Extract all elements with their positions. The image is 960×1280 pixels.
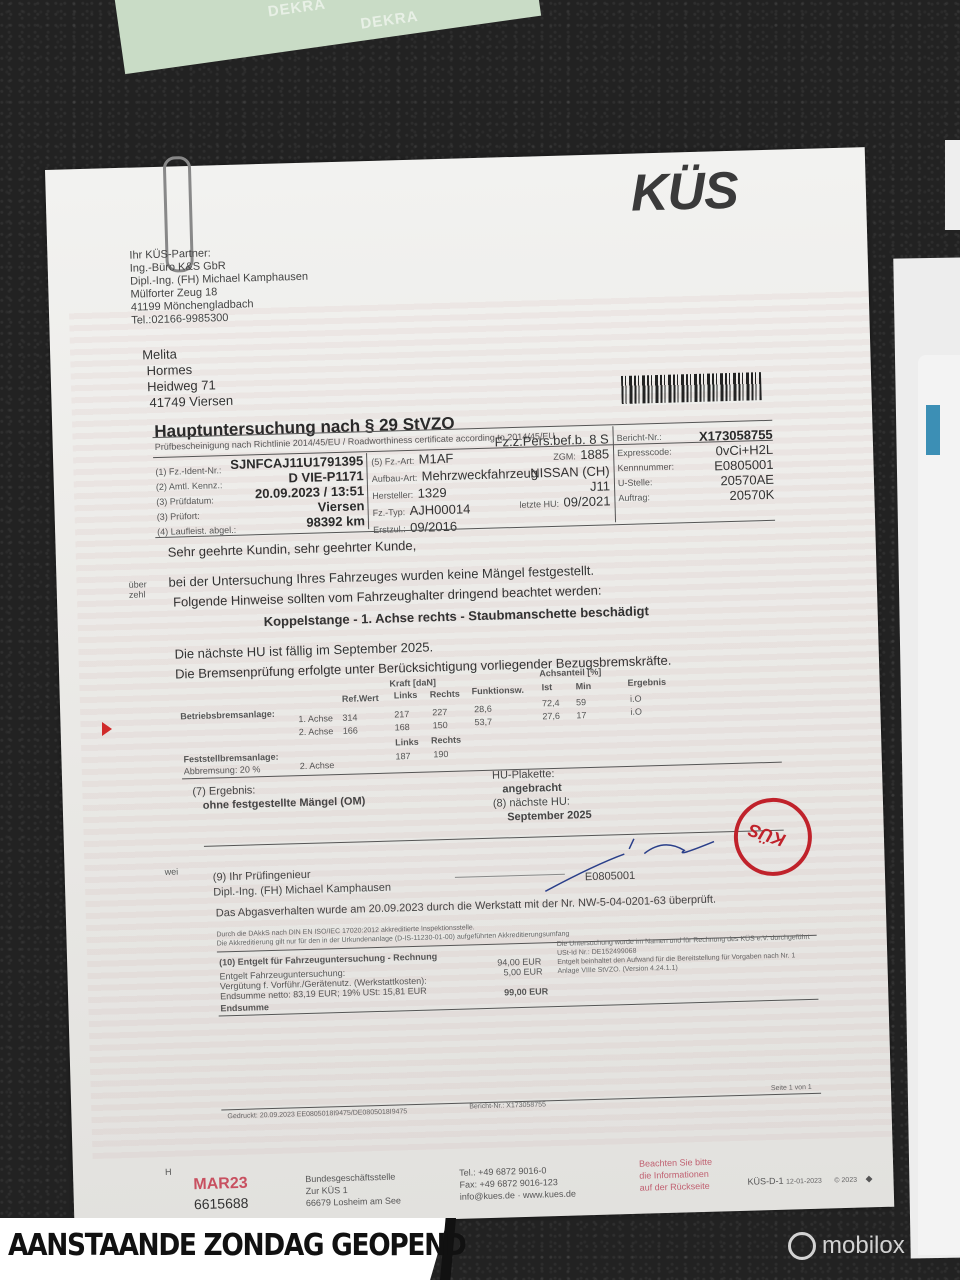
betrieb-label: Betriebsbremsanlage: xyxy=(180,709,275,722)
red-marker-icon xyxy=(102,722,112,736)
form-date: 12-01-2023 xyxy=(786,1178,822,1186)
label-fz-art: (5) Fz.-Art: xyxy=(371,456,414,467)
divider xyxy=(366,453,369,529)
hint: Koppelstange - 1. Achse rechts - Staubma… xyxy=(263,603,649,629)
stamp-text: KÜS xyxy=(745,819,788,851)
next-hu-label: (8) nächste HU: xyxy=(493,796,570,810)
signature-icon xyxy=(534,831,736,897)
ref-2: 166 xyxy=(343,725,358,735)
funktion-2: 53,7 xyxy=(474,717,492,727)
col-funktion: Funktionsw. xyxy=(472,685,524,696)
vehicle-make: Fz.z.Pers.bef.b. 8 S ZGM: 1885 NISSAN (C… xyxy=(493,431,611,513)
barcode xyxy=(621,372,762,404)
office-line: 66679 Losheim am See xyxy=(306,1194,401,1209)
fest-col-rechts: Rechts xyxy=(431,735,461,746)
fest-col-links: Links xyxy=(395,737,419,748)
kus-stamp: KÜS xyxy=(733,797,813,877)
col-min: Min xyxy=(575,681,591,691)
footer-number: 6615688 xyxy=(194,1195,249,1213)
erstzulassung: 09/2016 xyxy=(410,519,457,535)
printed-report: Bericht-Nr.: X173058755 xyxy=(469,1101,546,1110)
mobilox-logo-icon xyxy=(788,1232,816,1260)
engineer-label: (9) Ihr Prüfingenieur xyxy=(213,869,311,884)
page-indicator: Seite 1 von 1 xyxy=(771,1084,812,1092)
col-refwert: Ref.Wert xyxy=(342,693,379,704)
rechts-1: 227 xyxy=(432,707,447,717)
dekra-watermark: DEKRA xyxy=(359,8,419,33)
links-1: 217 xyxy=(394,709,409,719)
label-letzte-hu: letzte HU: xyxy=(519,499,559,510)
label-aufbau: Aufbau-Art: xyxy=(372,473,418,484)
plakette-value: angebracht xyxy=(502,782,562,796)
report-values: X173058755 0vCi+H2L E0805001 20570AE 205… xyxy=(672,427,774,505)
label-hersteller: Hersteller: xyxy=(372,490,413,501)
kraft-header: Kraft [daN] xyxy=(389,677,436,688)
rechts-2: 150 xyxy=(433,720,448,730)
axle-1: 1. Achse xyxy=(298,713,333,724)
footer-note: Beachten Sie bitte die Informationen auf… xyxy=(639,1156,713,1194)
col-ist: Ist xyxy=(541,682,552,692)
fest-abbremsung: Abbremsung: 20 % xyxy=(184,764,261,776)
invoice-total: 99,00 EUR xyxy=(504,986,548,997)
label-auftrag: Auftrag: xyxy=(618,490,675,507)
mobilox-text: mobilox xyxy=(822,1232,905,1260)
plakette-label: HU-Plakette: xyxy=(492,768,555,782)
invoice-notes: Die Untersuchung wurde im Namen und für … xyxy=(557,933,811,976)
margin-note: wei xyxy=(165,867,179,877)
invoice-amount-2: 5,00 EUR xyxy=(503,966,542,977)
label-typ: Fz.-Typ: xyxy=(373,507,406,518)
result-value: ohne festgestellte Mängel (OM) xyxy=(203,795,366,812)
printed-info: Gedruckt: 20.09.2023 EE0805018I9475/DE08… xyxy=(227,1108,407,1120)
copyright: © 2023 xyxy=(834,1177,857,1185)
col-ergebnis: Ergebnis xyxy=(627,677,666,688)
partner-address: Ihr KÜS-Partner: Ing.-Büro K&S GbR Dipl.… xyxy=(129,245,309,328)
invoice-total-label: Endsumme xyxy=(220,1002,269,1013)
footer-office: Bundesgeschäftsstelle Zur KÜS 1 66679 Lo… xyxy=(305,1170,401,1209)
auftrag: 20570K xyxy=(674,487,774,505)
letzte-hu: 09/2021 xyxy=(563,493,610,509)
label-expresscode: Expresscode: xyxy=(617,445,674,462)
fest-rechts: 190 xyxy=(433,749,448,759)
ist-2: 27,6 xyxy=(542,711,560,721)
fz-typ: AJH00014 xyxy=(409,501,470,518)
zgm: 1885 xyxy=(580,446,609,462)
note-line: auf der Rückseite xyxy=(639,1180,712,1194)
divider xyxy=(612,426,616,522)
funktion-1: 28,6 xyxy=(474,704,492,714)
min-1: 59 xyxy=(576,697,586,707)
form-name: KÜS-D-1 xyxy=(747,1176,783,1187)
dekra-watermark: DEKRA xyxy=(267,0,327,21)
divider xyxy=(219,999,819,1017)
blue-marker xyxy=(926,405,940,455)
form-id: KÜS-D-1 12-01-2023 © 2023 ◆ xyxy=(747,1173,872,1187)
kus-logo: KÜS xyxy=(630,161,738,224)
ref-1: 314 xyxy=(342,712,357,722)
vehicle-values: SJNFCAJ11U1791395 D VIE-P1171 20.09.2023… xyxy=(203,453,365,532)
label-ustelle: U-Stelle: xyxy=(618,475,675,492)
label-zgm: ZGM: xyxy=(553,451,576,462)
ergebnis-2: i.O xyxy=(630,707,642,717)
footer-h: H xyxy=(165,1167,172,1177)
label-bericht: Bericht-Nr.: xyxy=(617,430,674,447)
label-kennnummer: Kennnummer: xyxy=(617,460,674,477)
invoice-title: (10) Entgelt für Fahrzeuguntersuchung - … xyxy=(219,951,437,967)
contact-line[interactable]: info@kues.de · www.kues.de xyxy=(460,1188,576,1203)
min-2: 17 xyxy=(576,710,586,720)
kus-certificate: KÜS Ihr KÜS-Partner: Ing.-Büro K&S GbR D… xyxy=(45,147,894,1229)
fest-label: Feststellbremsanlage: xyxy=(183,752,278,765)
divider xyxy=(182,762,782,780)
axle-2: 2. Achse xyxy=(299,726,334,737)
result-label: (7) Ergebnis: xyxy=(192,784,255,798)
recipient-address: Melita Hormes Heidweg 71 41749 Viersen xyxy=(142,345,233,411)
ist-1: 72,4 xyxy=(542,698,560,708)
report-labels: Bericht-Nr.: Expresscode: Kennnummer: U-… xyxy=(617,430,676,507)
next-hu-note: Die nächste HU ist fällig im September 2… xyxy=(174,639,433,661)
fest-links: 187 xyxy=(395,751,410,761)
margin-note-text: zehl xyxy=(129,589,147,599)
ergebnis-1: i.O xyxy=(630,694,642,704)
col-rechts: Rechts xyxy=(430,689,460,700)
greeting: Sehr geehrte Kundin, sehr geehrter Kunde… xyxy=(168,538,417,560)
achsanteil-header: Achsanteil [%] xyxy=(539,667,601,679)
margin-note-text: über xyxy=(128,579,146,589)
footer-mar: MAR23 xyxy=(193,1175,248,1195)
fz-art: M1AF xyxy=(418,451,453,467)
mobilox-watermark: mobilox xyxy=(788,1232,905,1260)
links-2: 168 xyxy=(395,722,410,732)
engineer-name: Dipl.-Ing. (FH) Michael Kamphausen xyxy=(213,882,391,899)
col-links: Links xyxy=(394,690,418,701)
next-hu-value: September 2025 xyxy=(507,809,592,823)
hersteller: 1329 xyxy=(417,485,446,501)
side-envelope xyxy=(918,355,960,1255)
margin-note: überzehl xyxy=(128,579,147,599)
fest-axle: 2. Achse xyxy=(300,760,335,771)
exhaust-note: Das Abgasverhalten wurde am 20.09.2023 d… xyxy=(216,894,716,920)
side-paper xyxy=(945,140,960,230)
recipient-line: 41749 Viersen xyxy=(143,393,233,411)
promo-banner-text: AANSTAANDE ZONDAG GEOPEND xyxy=(8,1228,465,1263)
mileage: 98392 km xyxy=(205,513,365,532)
footer-contact: Tel.: +49 6872 9016-0 Fax: +49 6872 9016… xyxy=(459,1164,576,1203)
